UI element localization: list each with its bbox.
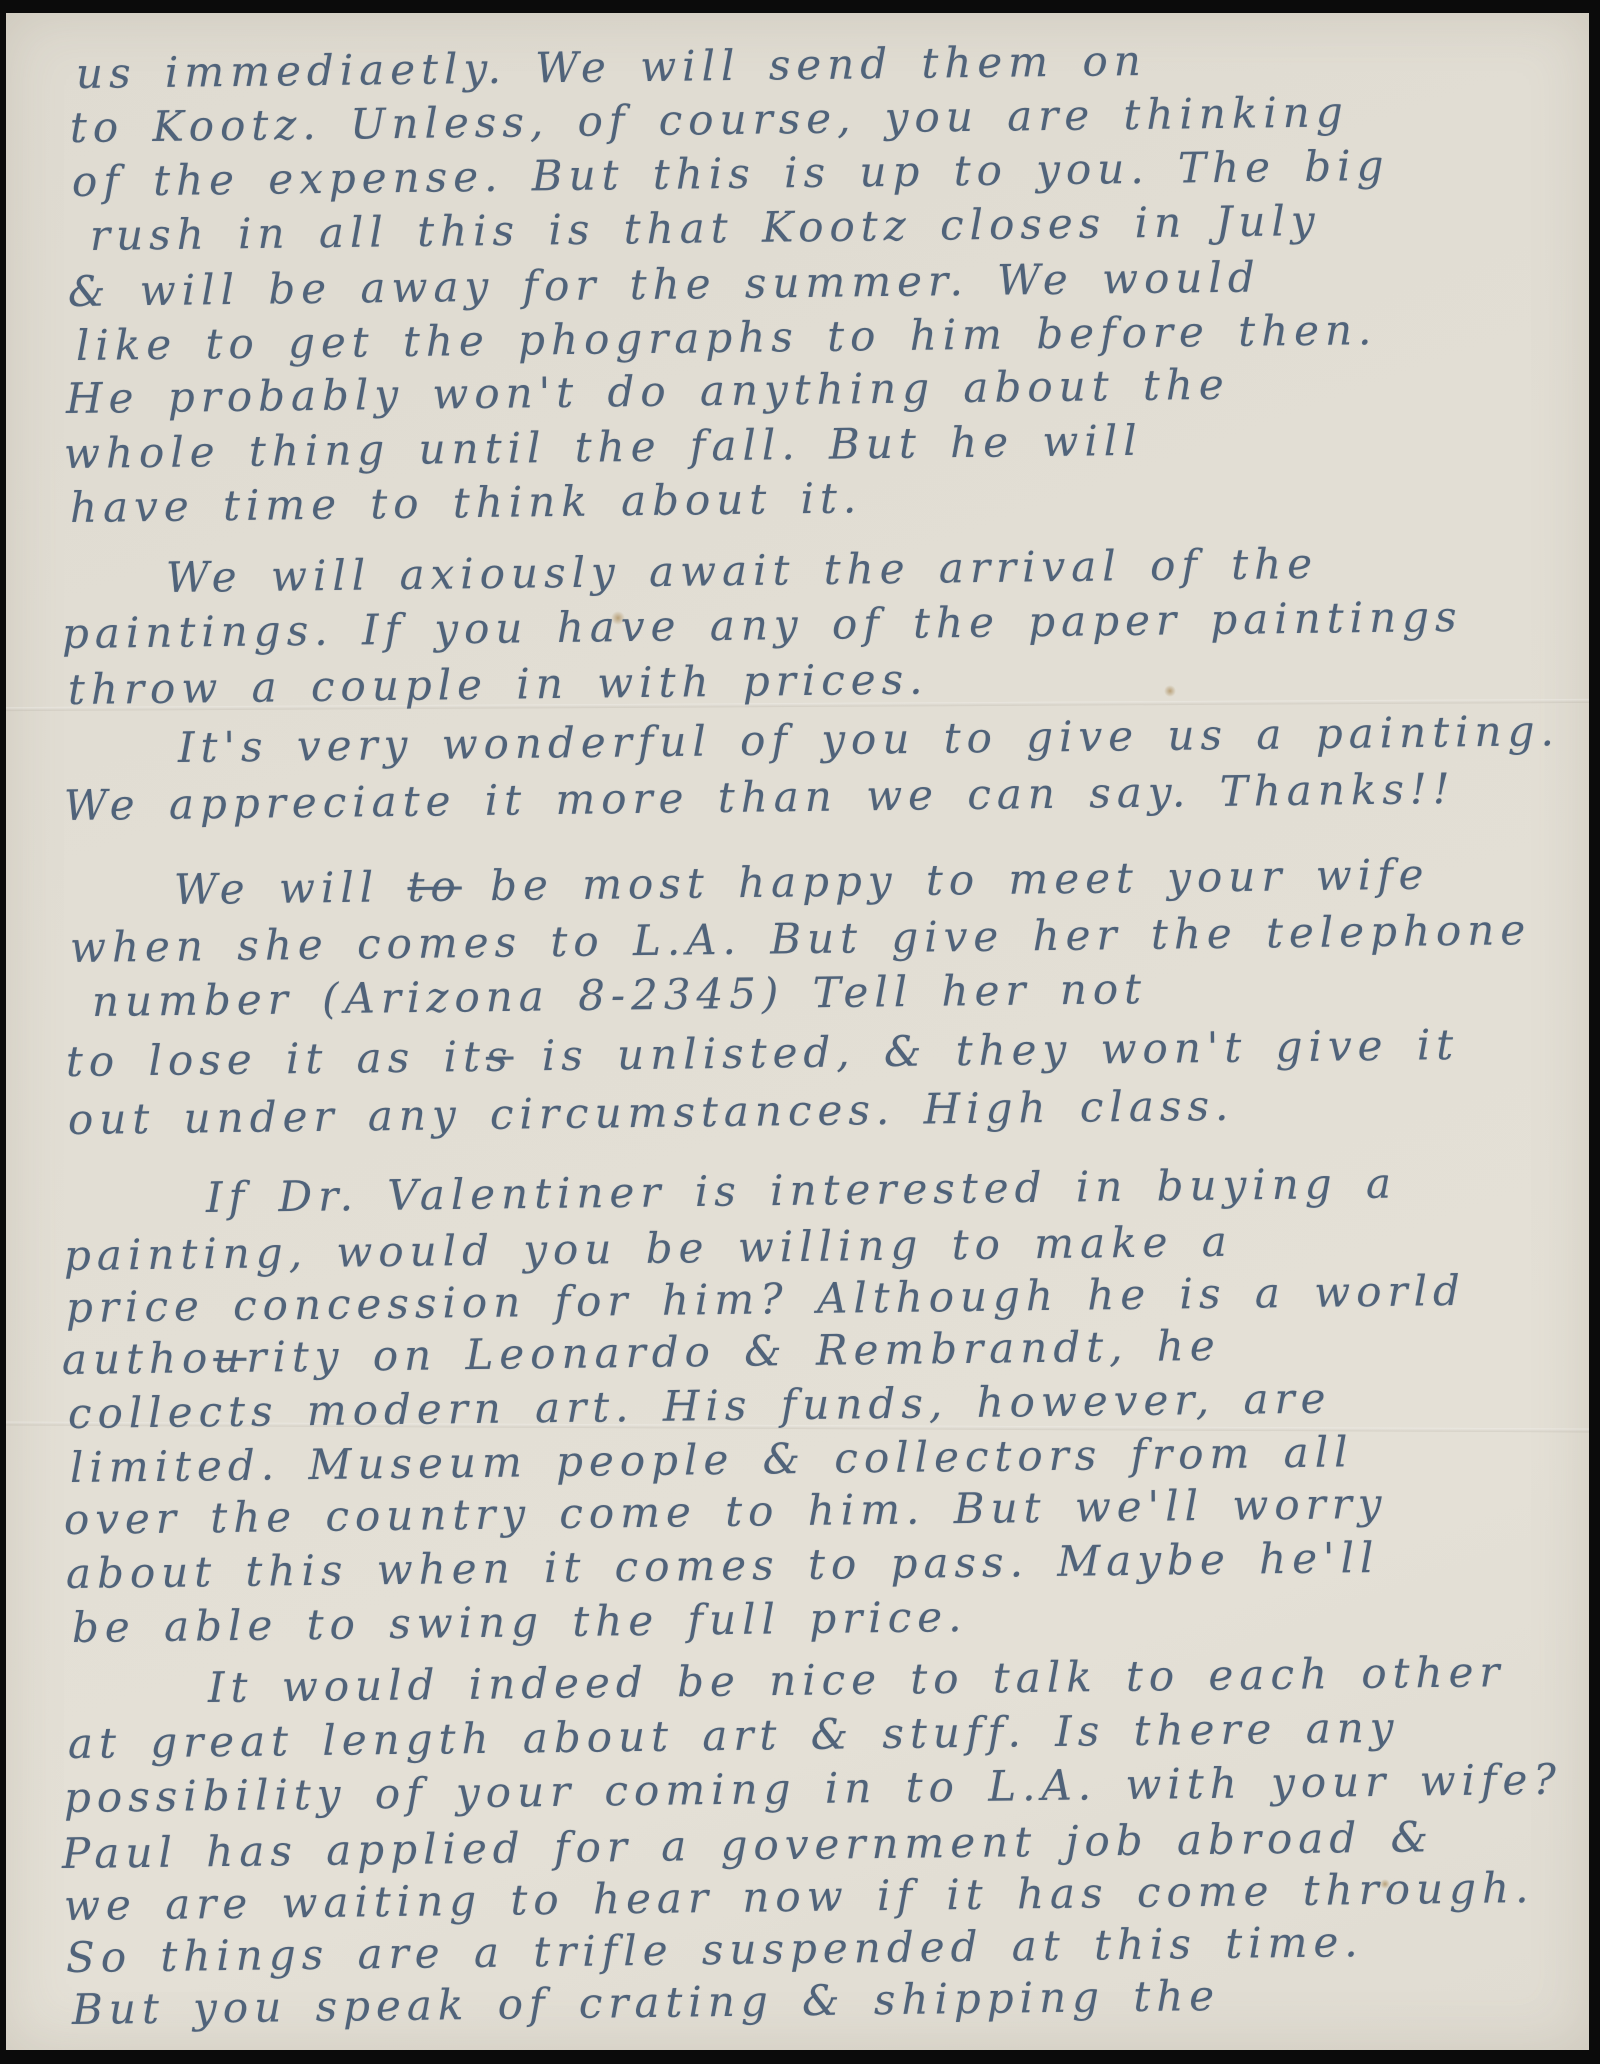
letter-line: throw a couple in with prices. xyxy=(68,654,929,714)
crossed-out-word: to xyxy=(407,861,462,911)
letter-line: whole thing until the fall. But he will xyxy=(64,416,1143,478)
letter-text: is unlisted, & they won't give it xyxy=(513,1020,1459,1081)
letter-line: rush in all this is that Kootz closes in… xyxy=(90,196,1321,260)
letter-text: rity on Leonardo & Rembrandt, he xyxy=(246,1321,1221,1382)
letter-line: out under any circumstances. High class. xyxy=(68,1081,1235,1144)
letter-line: of the expense. But this is up to you. T… xyxy=(72,141,1390,206)
letter-line: But you speak of crating & shipping the xyxy=(72,1971,1221,2034)
letter-line-paragraph-start: If Dr. Valentiner is interested in buyin… xyxy=(206,1158,1398,1222)
letter-line: We appreciate it more than we can say. T… xyxy=(64,764,1456,830)
crossed-out-letter: s xyxy=(486,1032,514,1081)
crossed-out-letter: u xyxy=(213,1333,247,1382)
letter-line: to lose it as its is unlisted, & they wo… xyxy=(66,1020,1460,1086)
letter-line-paragraph-start: It would indeed be nice to talk to each … xyxy=(208,1647,1506,1712)
letter-line: paintings. If you have any of the paper … xyxy=(62,592,1463,658)
handwritten-text: us immediaetly. We will send them on to … xyxy=(6,13,1589,2050)
letter-line-paragraph-start: It's very wonderful of you to give us a … xyxy=(178,706,1560,772)
scanned-letter-screenshot: { "page": { "description_label": "Handwr… xyxy=(0,0,1600,2064)
letter-text: to lose it as it xyxy=(66,1032,486,1086)
letter-line: have time to think about it. xyxy=(70,473,863,532)
letter-line-paragraph-start: We will to be most happy to meet your wi… xyxy=(174,850,1430,914)
letter-paper: us immediaetly. We will send them on to … xyxy=(6,13,1589,2050)
letter-line: when she comes to L.A. But give her the … xyxy=(70,905,1532,972)
letter-line-telephone-number: number (Arizona 8-2345) Tell her not xyxy=(92,964,1148,1026)
letter-line: collects modern art. His funds, however,… xyxy=(68,1374,1332,1438)
letter-line: about this when it comes to pass. Maybe … xyxy=(66,1533,1380,1598)
letter-line: to Kootz. Unless, of course, you are thi… xyxy=(70,87,1349,152)
letter-text: autho xyxy=(62,1333,214,1384)
letter-line: He probably won't do anything about the xyxy=(66,360,1230,423)
letter-line: & will be away for the summer. We would xyxy=(68,252,1261,316)
letter-line-paragraph-start: We will axiously await the arrival of th… xyxy=(166,539,1319,602)
letter-text: We will xyxy=(174,862,408,914)
letter-line: be able to swing the full price. xyxy=(72,1592,968,1652)
letter-text: be most happy to meet your wife xyxy=(461,850,1429,911)
letter-line: us immediaetly. We will send them on xyxy=(76,36,1147,98)
letter-line: authourity on Leonardo & Rembrandt, he xyxy=(62,1321,1221,1384)
